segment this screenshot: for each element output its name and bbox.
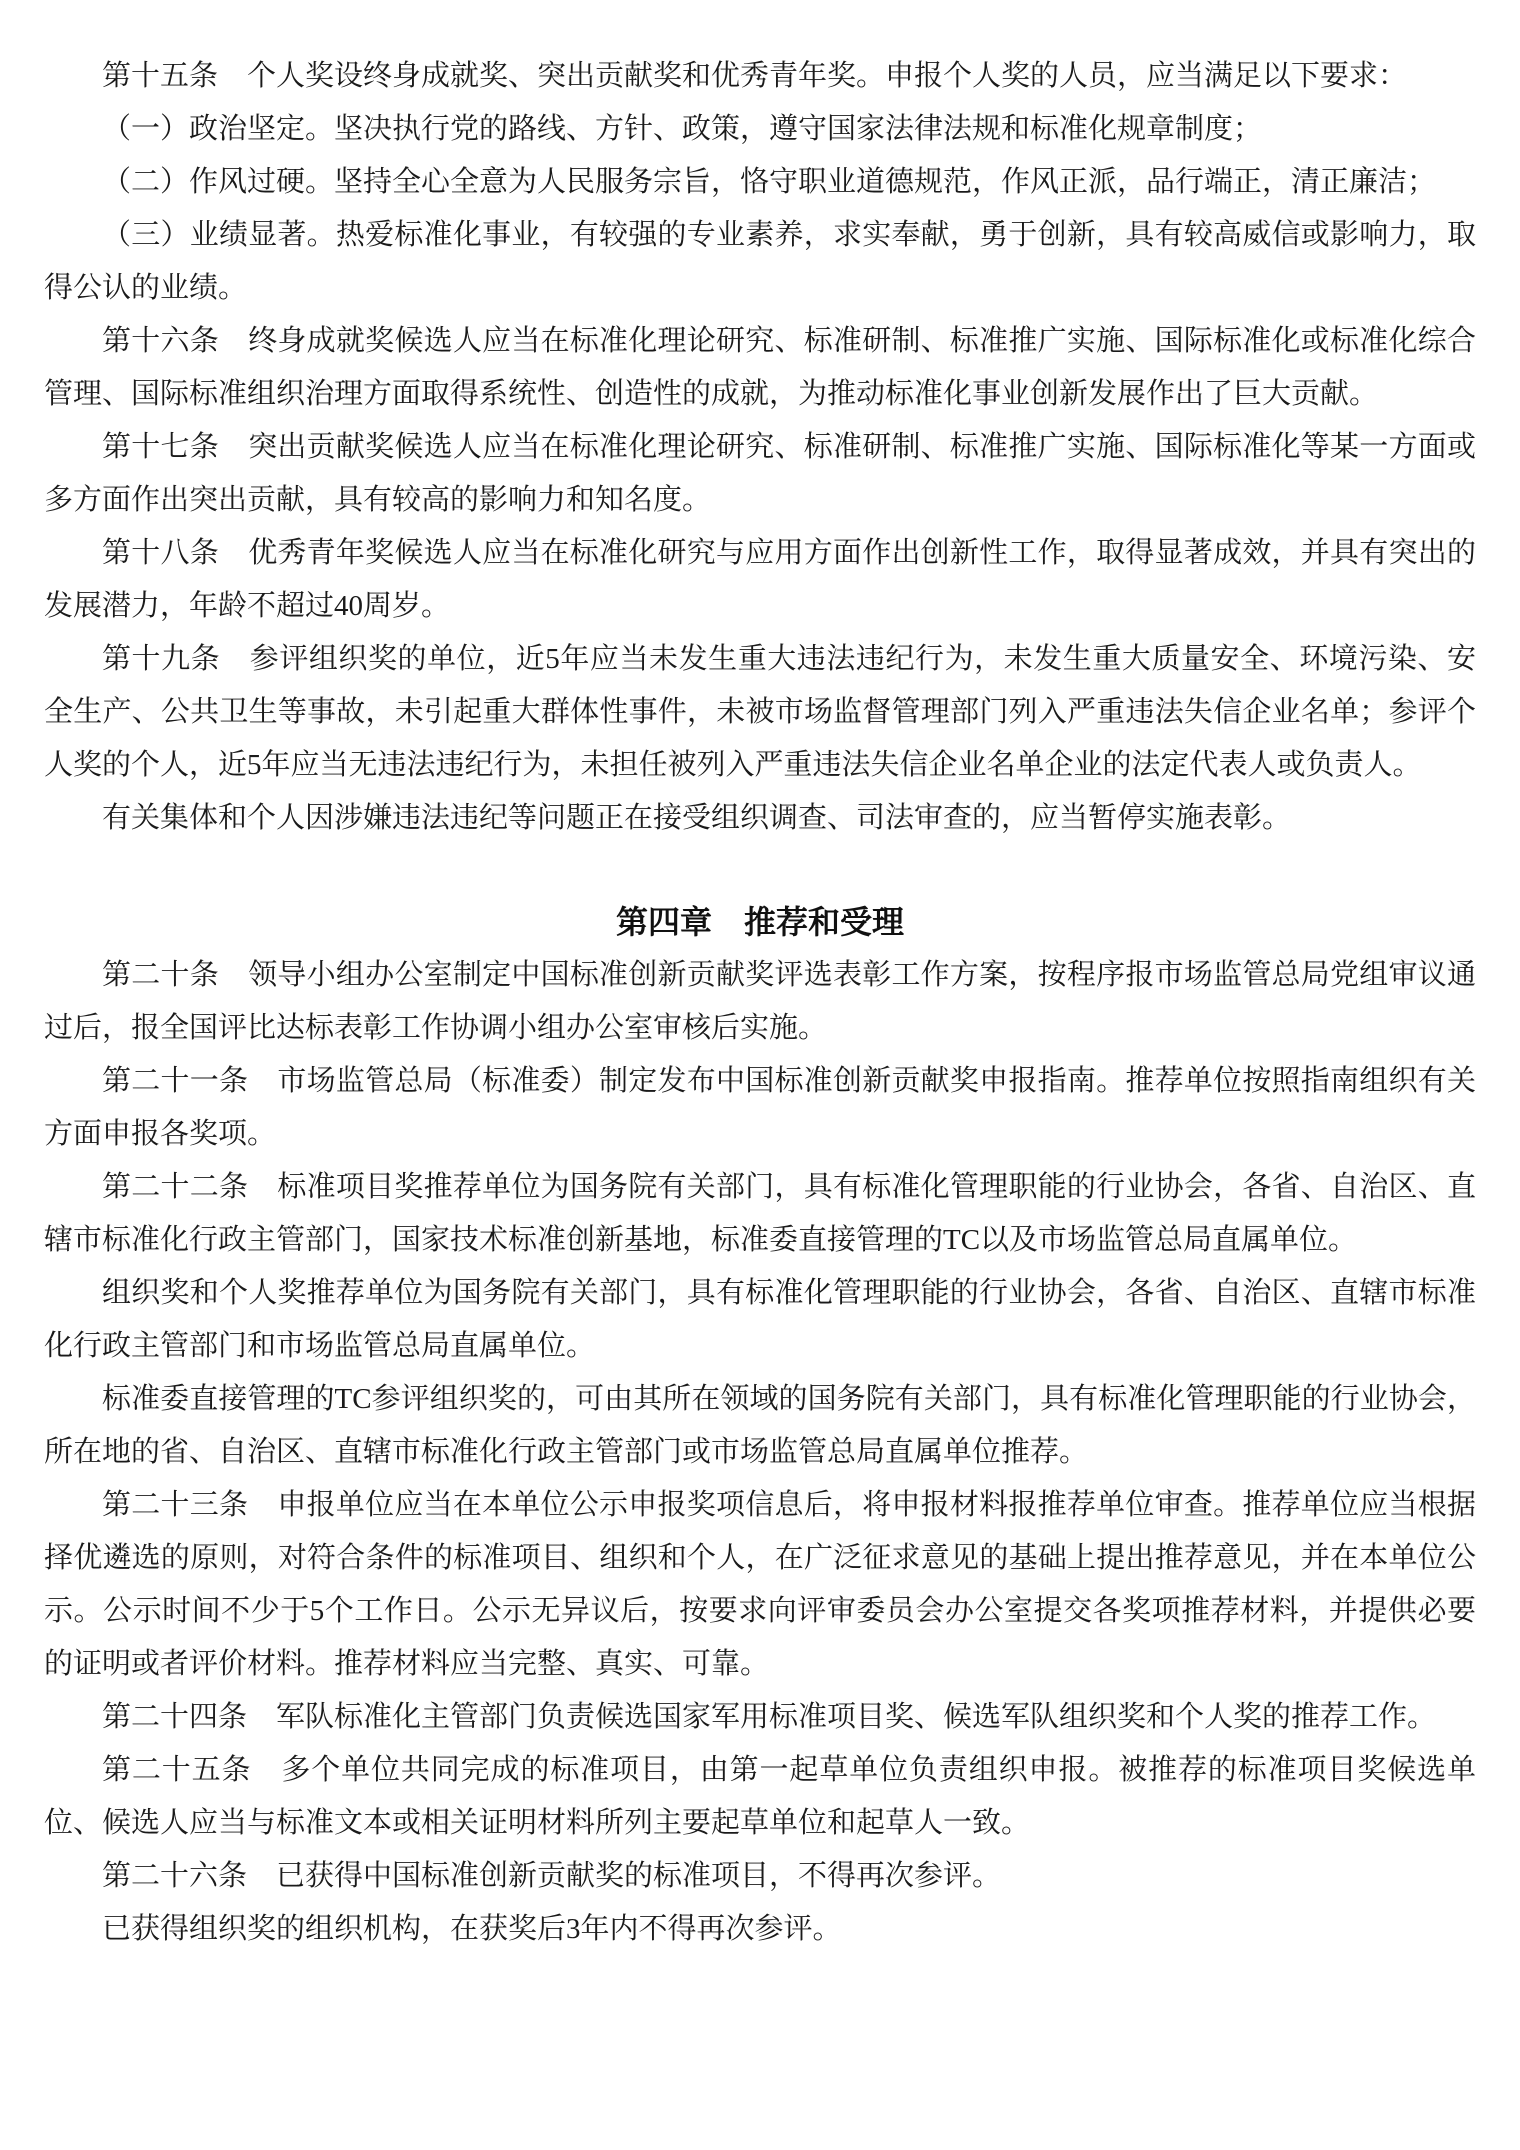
article-22-supplement-1: 组织奖和个人奖推荐单位为国务院有关部门，具有标准化管理职能的行业协会，各省、自治… — [44, 1267, 1476, 1373]
article-15-item-1: （一）政治坚定。坚决执行党的路线、方针、政策，遵守国家法律法规和标准化规章制度； — [44, 103, 1476, 156]
article-15-item-3: （三）业绩显著。热爱标准化事业，有较强的专业素养，求实奉献，勇于创新，具有较高威… — [44, 209, 1476, 315]
article-20-paragraph: 第二十条 领导小组办公室制定中国标准创新贡献奖评选表彰工作方案，按程序报市场监管… — [44, 949, 1476, 1055]
article-19-paragraph: 第十九条 参评组织奖的单位，近5年应当未发生重大违法违纪行为，未发生重大质量安全… — [44, 633, 1476, 792]
article-22-paragraph: 第二十二条 标准项目奖推荐单位为国务院有关部门，具有标准化管理职能的行业协会，各… — [44, 1161, 1476, 1267]
article-16-paragraph: 第十六条 终身成就奖候选人应当在标准化理论研究、标准研制、标准推广实施、国际标准… — [44, 315, 1476, 421]
article-23-paragraph: 第二十三条 申报单位应当在本单位公示申报奖项信息后，将申报材料报推荐单位审查。推… — [44, 1479, 1476, 1691]
article-26-paragraph: 第二十六条 已获得中国标准创新贡献奖的标准项目，不得再次参评。 — [44, 1850, 1476, 1903]
article-17-paragraph: 第十七条 突出贡献奖候选人应当在标准化理论研究、标准研制、标准推广实施、国际标准… — [44, 421, 1476, 527]
article-21-paragraph: 第二十一条 市场监管总局（标准委）制定发布中国标准创新贡献奖申报指南。推荐单位按… — [44, 1055, 1476, 1161]
article-24-paragraph: 第二十四条 军队标准化主管部门负责候选国家军用标准项目奖、候选军队组织奖和个人奖… — [44, 1691, 1476, 1744]
article-25-paragraph: 第二十五条 多个单位共同完成的标准项目，由第一起草单位负责组织申报。被推荐的标准… — [44, 1744, 1476, 1850]
article-15-item-2: （二）作风过硬。坚持全心全意为人民服务宗旨，恪守职业道德规范，作风正派，品行端正… — [44, 156, 1476, 209]
chapter-4-heading: 第四章 推荐和受理 — [44, 896, 1476, 949]
article-19-supplement: 有关集体和个人因涉嫌违法违纪等问题正在接受组织调查、司法审查的，应当暂停实施表彰… — [44, 792, 1476, 845]
article-15-paragraph: 第十五条 个人奖设终身成就奖、突出贡献奖和优秀青年奖。申报个人奖的人员，应当满足… — [44, 50, 1476, 103]
article-18-paragraph: 第十八条 优秀青年奖候选人应当在标准化研究与应用方面作出创新性工作，取得显著成效… — [44, 527, 1476, 633]
document-page: 第十五条 个人奖设终身成就奖、突出贡献奖和优秀青年奖。申报个人奖的人员，应当满足… — [0, 0, 1520, 2150]
article-22-supplement-2: 标准委直接管理的TC参评组织奖的，可由其所在领域的国务院有关部门，具有标准化管理… — [44, 1373, 1476, 1479]
article-26-supplement: 已获得组织奖的组织机构，在获奖后3年内不得再次参评。 — [44, 1903, 1476, 1956]
